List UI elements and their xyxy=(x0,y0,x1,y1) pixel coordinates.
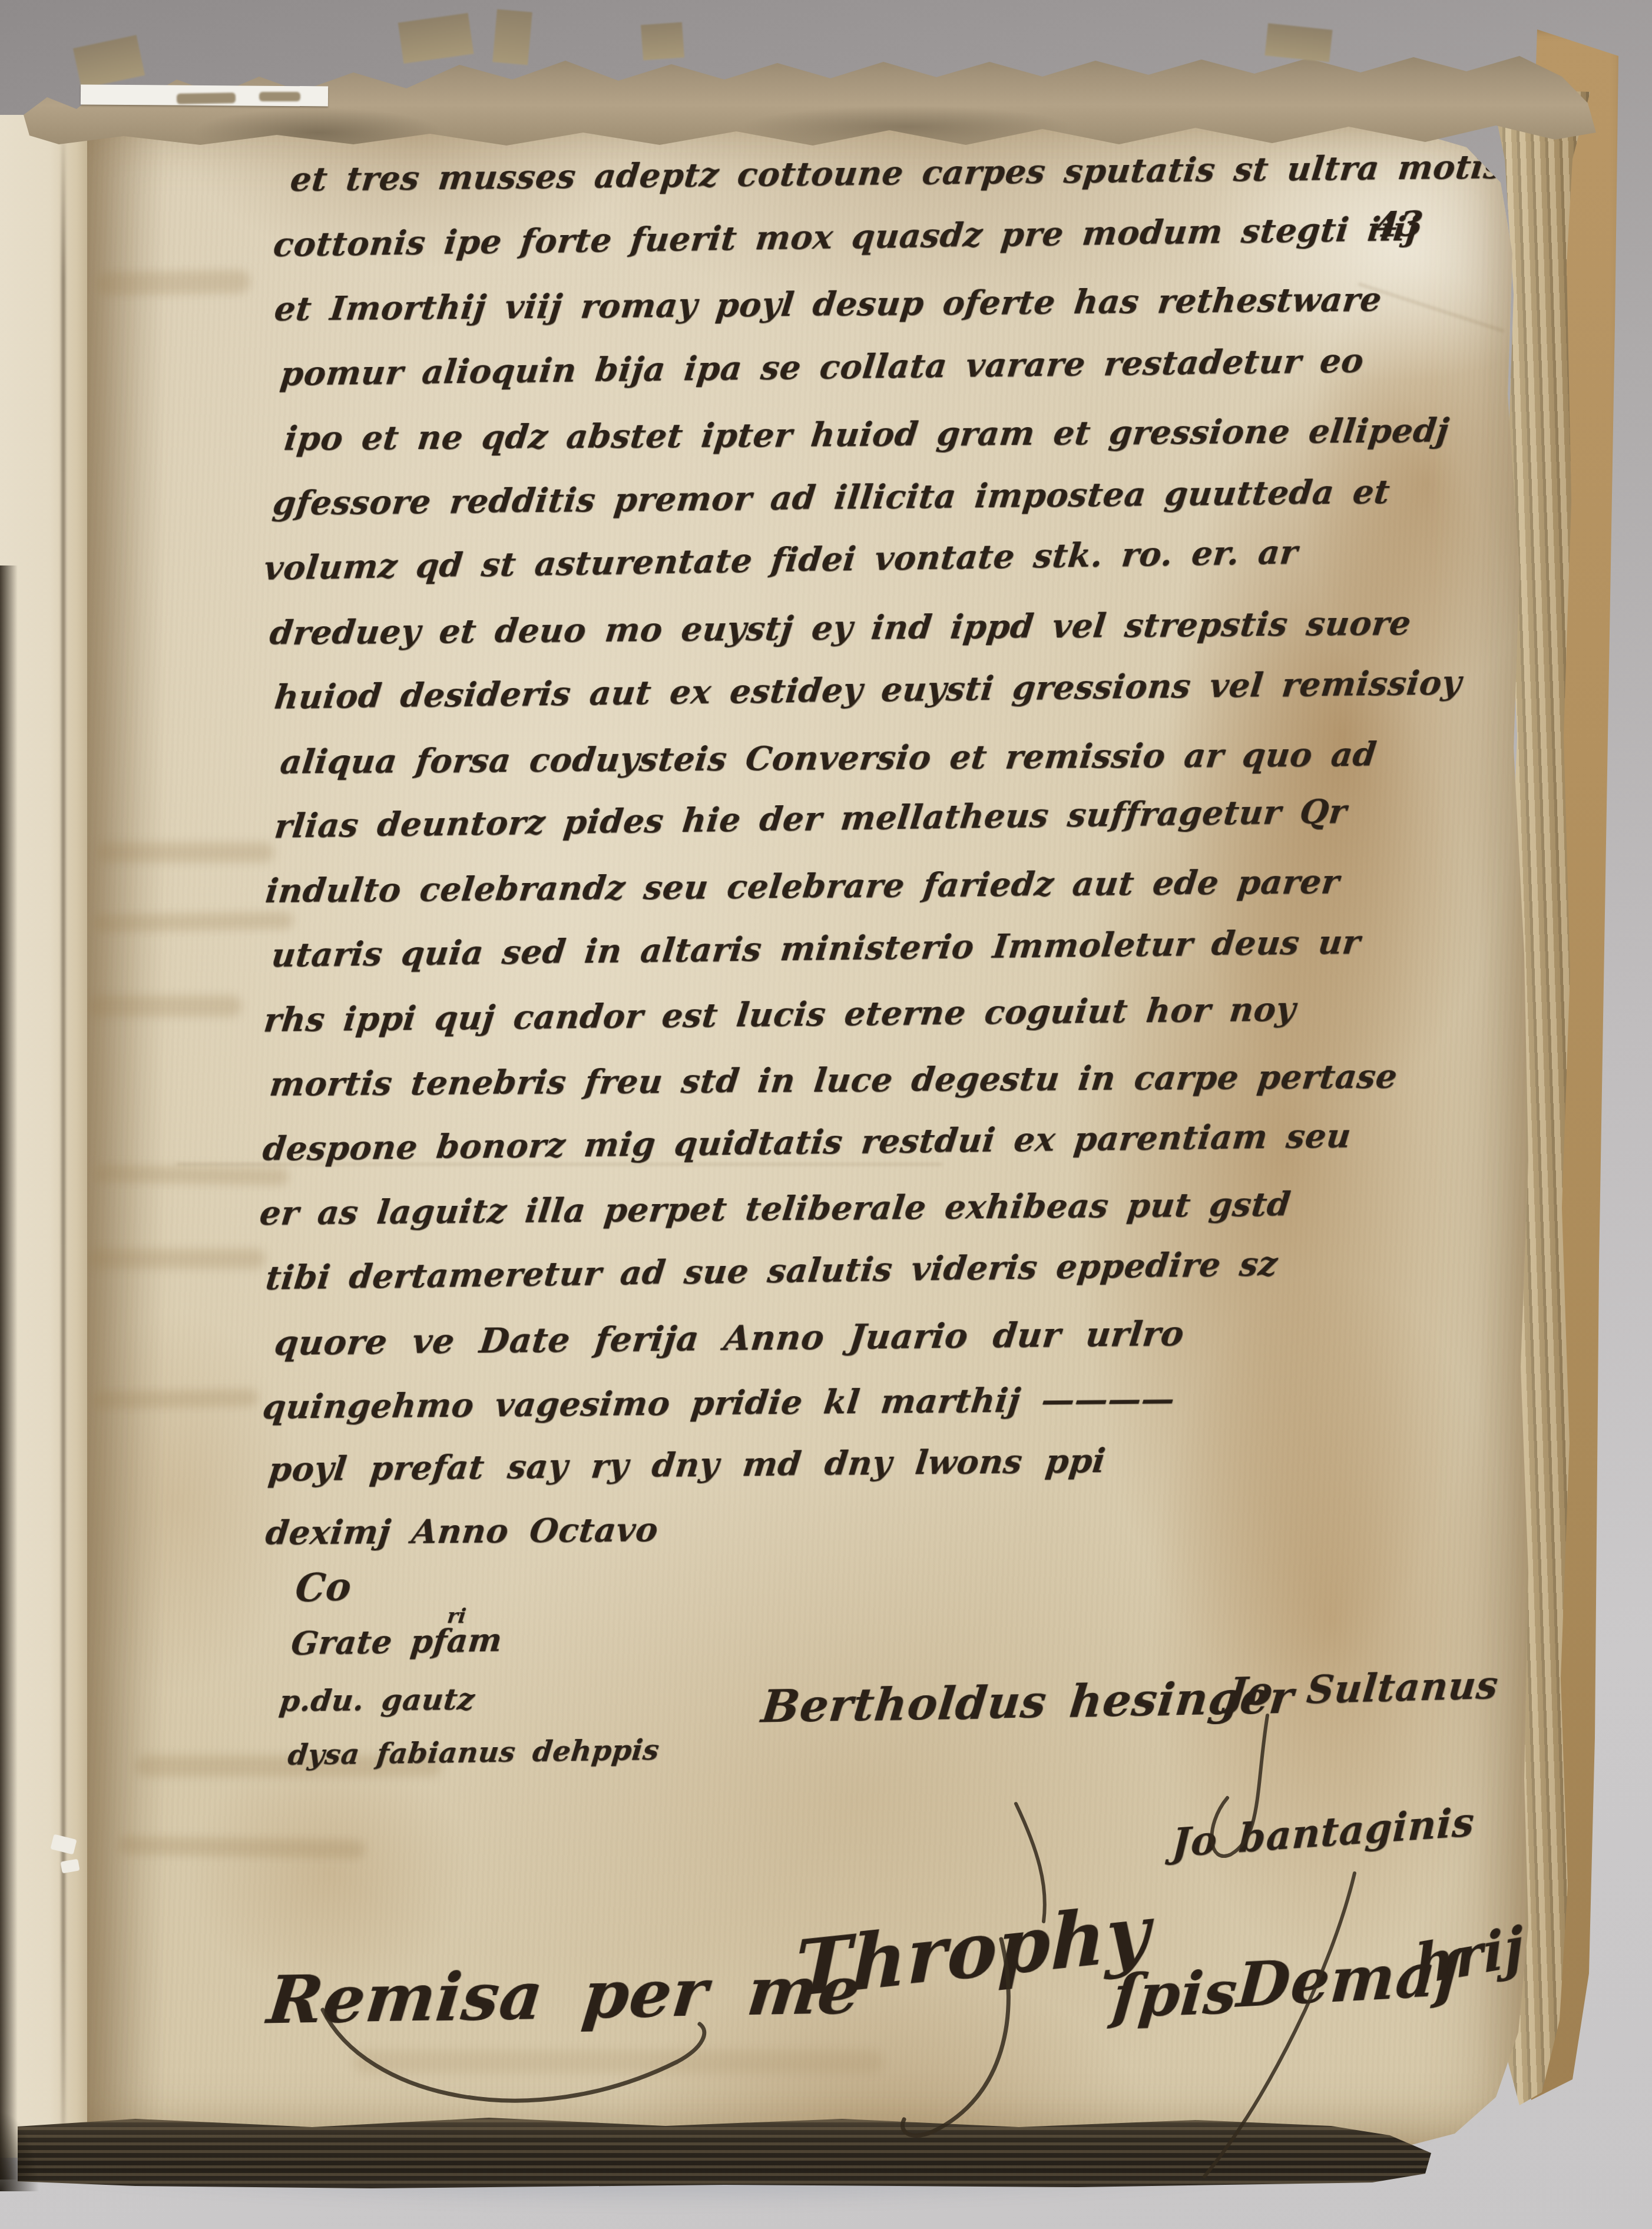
manuscript-line: et Imorthij viij romay poyl desup oferte… xyxy=(272,280,1383,329)
manuscript-line: dreduey et deuo mo euystj ey ind ippd ve… xyxy=(267,604,1413,653)
manuscript-line: indulto celebrandz seu celebrare fariedz… xyxy=(263,862,1341,911)
manuscript-line: pomur alioquin bija ipa se collata varar… xyxy=(279,342,1366,394)
manuscript-line: cottonis ipe forte fuerit mox quasdz pre… xyxy=(272,210,1421,264)
torn-paper-flap xyxy=(73,35,145,88)
manuscript-line: tibi dertameretur ad sue salutis videris… xyxy=(264,1245,1280,1298)
manuscript-line: deximj Anno Octavo xyxy=(263,1510,660,1553)
remisa-note: Throphy xyxy=(794,1888,1150,2014)
paper-fragment xyxy=(259,92,300,101)
remisa-note: Remisa per me xyxy=(264,1951,865,2039)
manuscript-line: er as laguitz illa perpet teliberale exh… xyxy=(257,1185,1292,1233)
manuscript-line: dysa fabianus dehppis xyxy=(286,1734,661,1772)
manuscript-line: Grate pfam xyxy=(289,1621,504,1662)
cover-edge-shadow xyxy=(0,565,18,2180)
manuscript-line: rhs ippi quj candor est lucis eterne cog… xyxy=(262,990,1298,1040)
signature-bertholdus: Bertholdus hesinger xyxy=(759,1671,1297,1732)
manuscript-line: ipo et ne qdz abstet ipter huiod gram et… xyxy=(282,411,1451,458)
signature-jo-sultanus: Jo. Sultanus xyxy=(1227,1664,1501,1715)
manuscript-page: 43et tres musses adeptz cottoune carpes … xyxy=(82,100,1537,2162)
signature-jo-bantaginis: Jo bantaginis xyxy=(1171,1799,1476,1866)
manuscript-line: Co xyxy=(293,1565,353,1612)
manuscript-line: ri xyxy=(446,1605,468,1628)
manuscript-line: utaris quia sed in altaris ministerio Im… xyxy=(270,922,1363,975)
torn-paper-flap xyxy=(492,9,532,65)
torn-paper-flap xyxy=(1264,23,1332,62)
manuscript-line: huiod desideris aut ex estidey euysti gr… xyxy=(273,663,1464,717)
handwritten-text-block: 43et tres musses adeptz cottoune carpes … xyxy=(82,100,1537,2162)
manuscript-line: gfessore redditis premor ad illicita imp… xyxy=(271,472,1392,523)
scanner-background: 43et tres musses adeptz cottoune carpes … xyxy=(0,0,1652,2229)
remisa-note: hrij xyxy=(1413,1914,1525,1997)
manuscript-line: quingehmo vagesimo pridie kl marthij ———… xyxy=(260,1380,1177,1427)
manuscript-line: et tres musses adeptz cottoune carpes sp… xyxy=(289,147,1505,199)
torn-paper-flap xyxy=(398,13,474,64)
torn-paper-flap xyxy=(641,22,684,61)
paper-fragment xyxy=(177,92,236,104)
manuscript-line: despone bonorz mig quidtatis restdui ex … xyxy=(261,1116,1353,1169)
manuscript-line: poyl prefat say ry dny md dny lwons ppi xyxy=(267,1441,1108,1489)
manuscript-line: rlias deuntorz pides hie der mellatheus … xyxy=(273,792,1349,846)
manuscript-line: volumz qd st asturentate fidei vontate s… xyxy=(262,533,1300,588)
bottom-page-edges xyxy=(18,2112,1478,2194)
manuscript-line: mortis tenebris freu std in luce degestu… xyxy=(267,1057,1399,1104)
manuscript-line: quore ve Date ferija Anno Juario dur url… xyxy=(272,1314,1186,1363)
manuscript-line: p.du. gautz xyxy=(277,1682,476,1718)
remisa-note: ſpis xyxy=(1110,1957,1240,2032)
cover-corner-shadow xyxy=(0,2073,65,2191)
manuscript-line: aliqua forsa coduysteis Conversio et rem… xyxy=(278,735,1378,782)
